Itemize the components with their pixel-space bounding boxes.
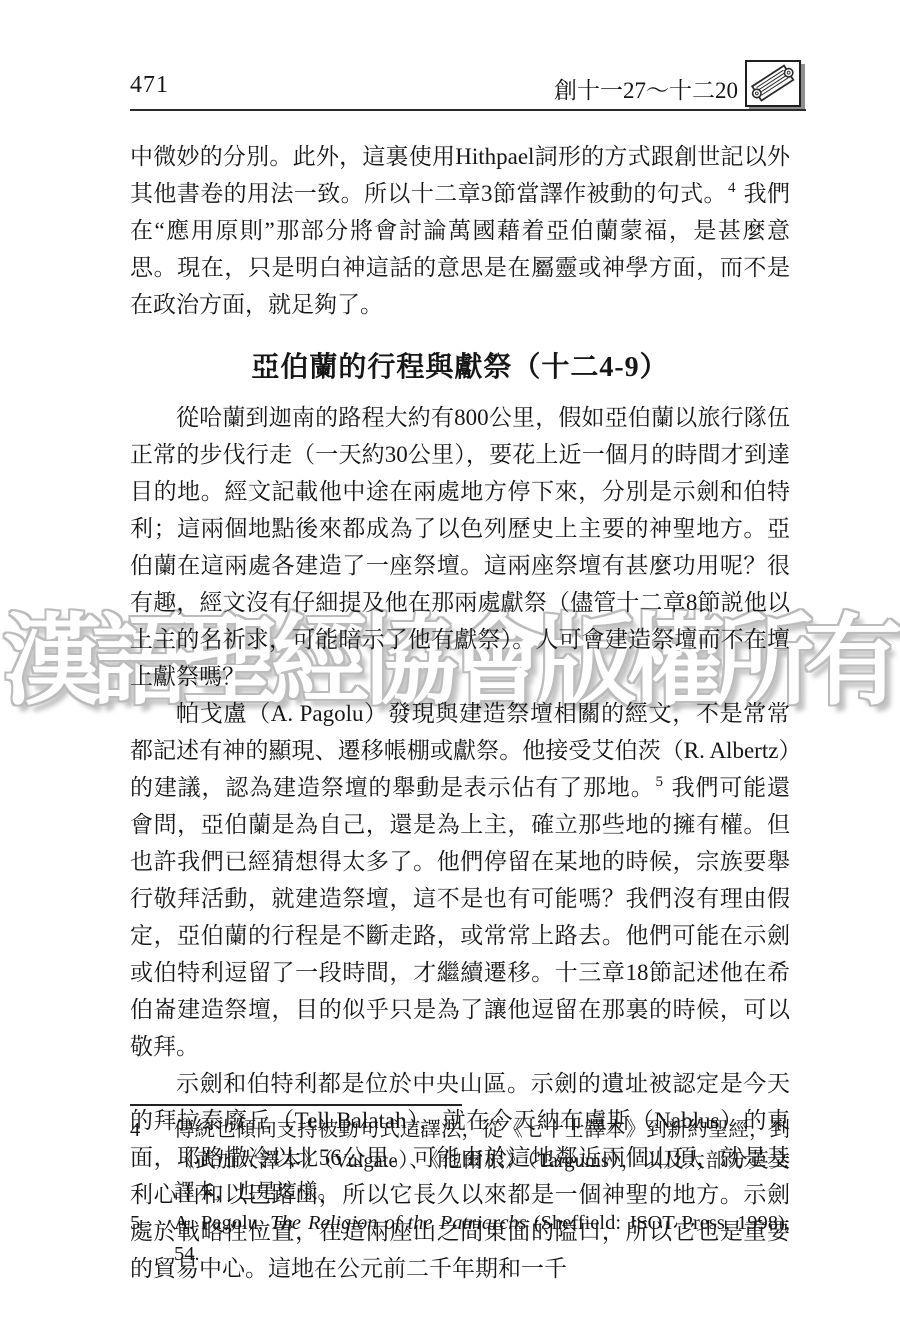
- footnote-number: 4: [130, 1115, 174, 1146]
- scroll-icon: [745, 60, 801, 107]
- footnote-ref-5: 5: [656, 774, 664, 790]
- header-rule: [130, 109, 806, 111]
- paragraph-1: 中微妙的分別。此外，這裏使用Hithpael詞形的方式跟創世記以外其他書卷的用法…: [130, 138, 790, 323]
- footnote-ref-4: 4: [728, 180, 736, 196]
- footnote-text: 傳統也傾向支持被動句式這譯法，從《七十士譯本》到新約聖經，到《武加大譯本》（Vu…: [174, 1115, 790, 1208]
- paragraph-3: 帕戈盧（A. Pagolu）發現與建造祭壇相關的經文，不是常常都記述有神的顯現、…: [130, 695, 790, 1065]
- paragraph-text: 中微妙的分別。此外，這裏使用Hithpael詞形的方式跟創世記以外其他書卷的用法…: [130, 144, 790, 206]
- footnote-text: A. Pagolu, The Religion of the Patriarch…: [174, 1208, 790, 1270]
- footnote-text-pre: A. Pagolu,: [174, 1212, 270, 1234]
- footnote-4: 4 傳統也傾向支持被動句式這譯法，從《七十士譯本》到新約聖經，到《武加大譯本》（…: [130, 1115, 790, 1208]
- section-heading: 亞伯蘭的行程與獻祭（十二4-9）: [130, 348, 790, 388]
- scripture-reference: 創十一27～十二20: [130, 72, 738, 105]
- book-title-italic: The Religion of the Patriarchs: [270, 1212, 526, 1234]
- book-page: 漢語聖經協會版權所有 471 創十一27～十二20 中微妙的分別。此外，這裏使用…: [0, 0, 900, 1321]
- paragraph-text: 我們可能還會問，亞伯蘭是為自己，還是為上主，確立那些地的擁有權。但也許我們已經猜…: [130, 775, 790, 1059]
- footnotes: 4 傳統也傾向支持被動句式這譯法，從《七十士譯本》到新約聖經，到《武加大譯本》（…: [130, 1104, 790, 1270]
- paragraph-2: 從哈蘭到迦南的路程大約有800公里，假如亞伯蘭以旅行隊伍正常的步伐行走（一天約3…: [130, 399, 790, 695]
- footnote-separator: [130, 1104, 462, 1106]
- footnote-number: 5: [130, 1208, 174, 1239]
- footnote-5: 5 A. Pagolu, The Religion of the Patriar…: [130, 1208, 790, 1270]
